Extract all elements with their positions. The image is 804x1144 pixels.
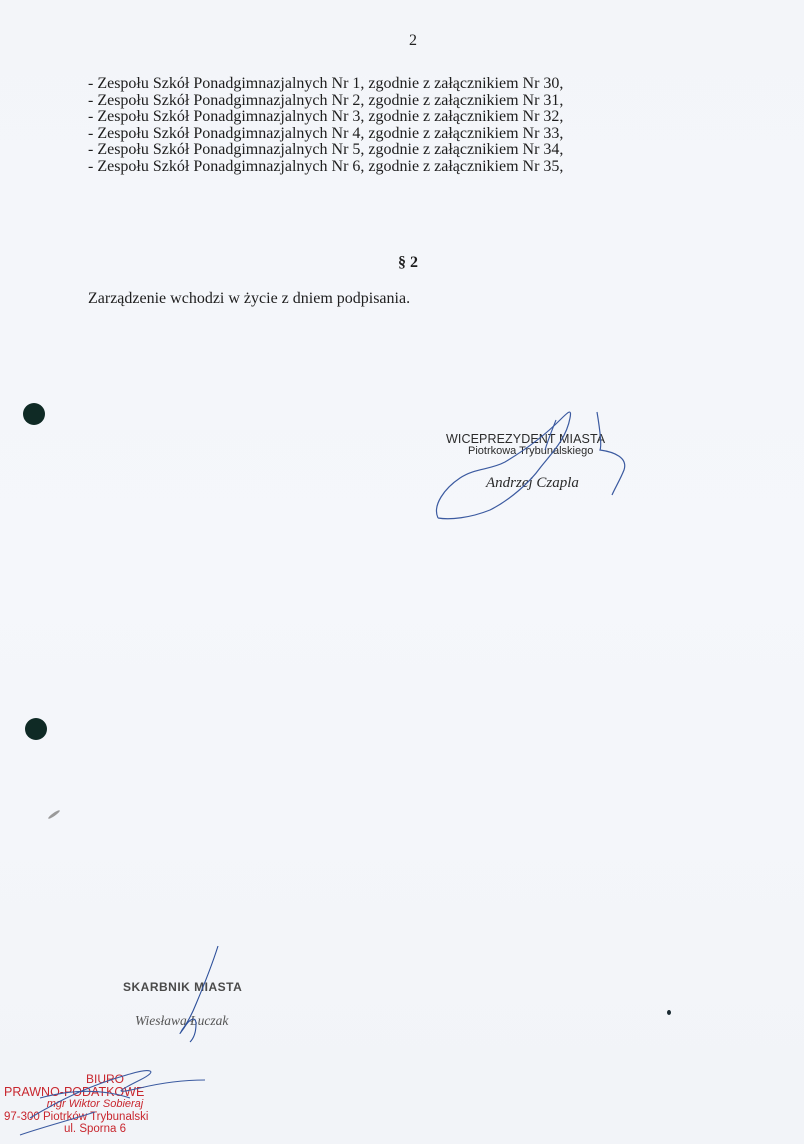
school-list: - Zespołu Szkół Ponadgimnazjalnych Nr 1,… (88, 76, 563, 175)
stamp-subtitle: Piotrkowa Trybunalskiego (456, 445, 646, 457)
list-item: - Zespołu Szkół Ponadgimnazjalnych Nr 6,… (88, 159, 563, 176)
list-item: - Zespołu Szkół Ponadgimnazjalnych Nr 3,… (88, 109, 563, 126)
stamp-title: WICEPREZYDENT MIASTA (446, 432, 646, 446)
stamp-name: Andrzej Czapla (446, 475, 646, 492)
punch-hole (23, 403, 45, 425)
stamp-line: 97-300 Piotrków Trybunalski (0, 1111, 190, 1124)
treasurer-stamp: SKARBNIK MIASTA Wiesława Łuczak (123, 980, 242, 1029)
section-heading: § 2 (398, 254, 418, 272)
stamp-line: ul. Sporna 6 (0, 1123, 190, 1136)
stamp-line: BIURO (0, 1073, 190, 1086)
stamp-name: Wiesława Łuczak (135, 1013, 242, 1029)
legal-office-stamp: BIURO PRAWNO-PODATKOWE mgr Wiktor Sobier… (0, 1073, 190, 1136)
list-item: - Zespołu Szkół Ponadgimnazjalnych Nr 4,… (88, 126, 563, 143)
stamp-line: PRAWNO-PODATKOWE (0, 1086, 190, 1099)
list-item: - Zespołu Szkół Ponadgimnazjalnych Nr 2,… (88, 93, 563, 110)
vice-president-stamp: WICEPREZYDENT MIASTA Piotrkowa Trybunals… (446, 432, 646, 492)
scan-speck (47, 809, 60, 819)
list-item: - Zespołu Szkół Ponadgimnazjalnych Nr 1,… (88, 76, 563, 93)
page-number: 2 (409, 32, 417, 50)
body-paragraph: Zarządzenie wchodzi w życie z dniem podp… (88, 290, 410, 308)
punch-hole (25, 718, 47, 740)
list-item: - Zespołu Szkół Ponadgimnazjalnych Nr 5,… (88, 142, 563, 159)
stamp-line: mgr Wiktor Sobieraj (0, 1098, 190, 1111)
document-page: 2 - Zespołu Szkół Ponadgimnazjalnych Nr … (0, 0, 804, 1144)
stamp-title: SKARBNIK MIASTA (123, 980, 242, 994)
scan-speck (667, 1010, 671, 1015)
